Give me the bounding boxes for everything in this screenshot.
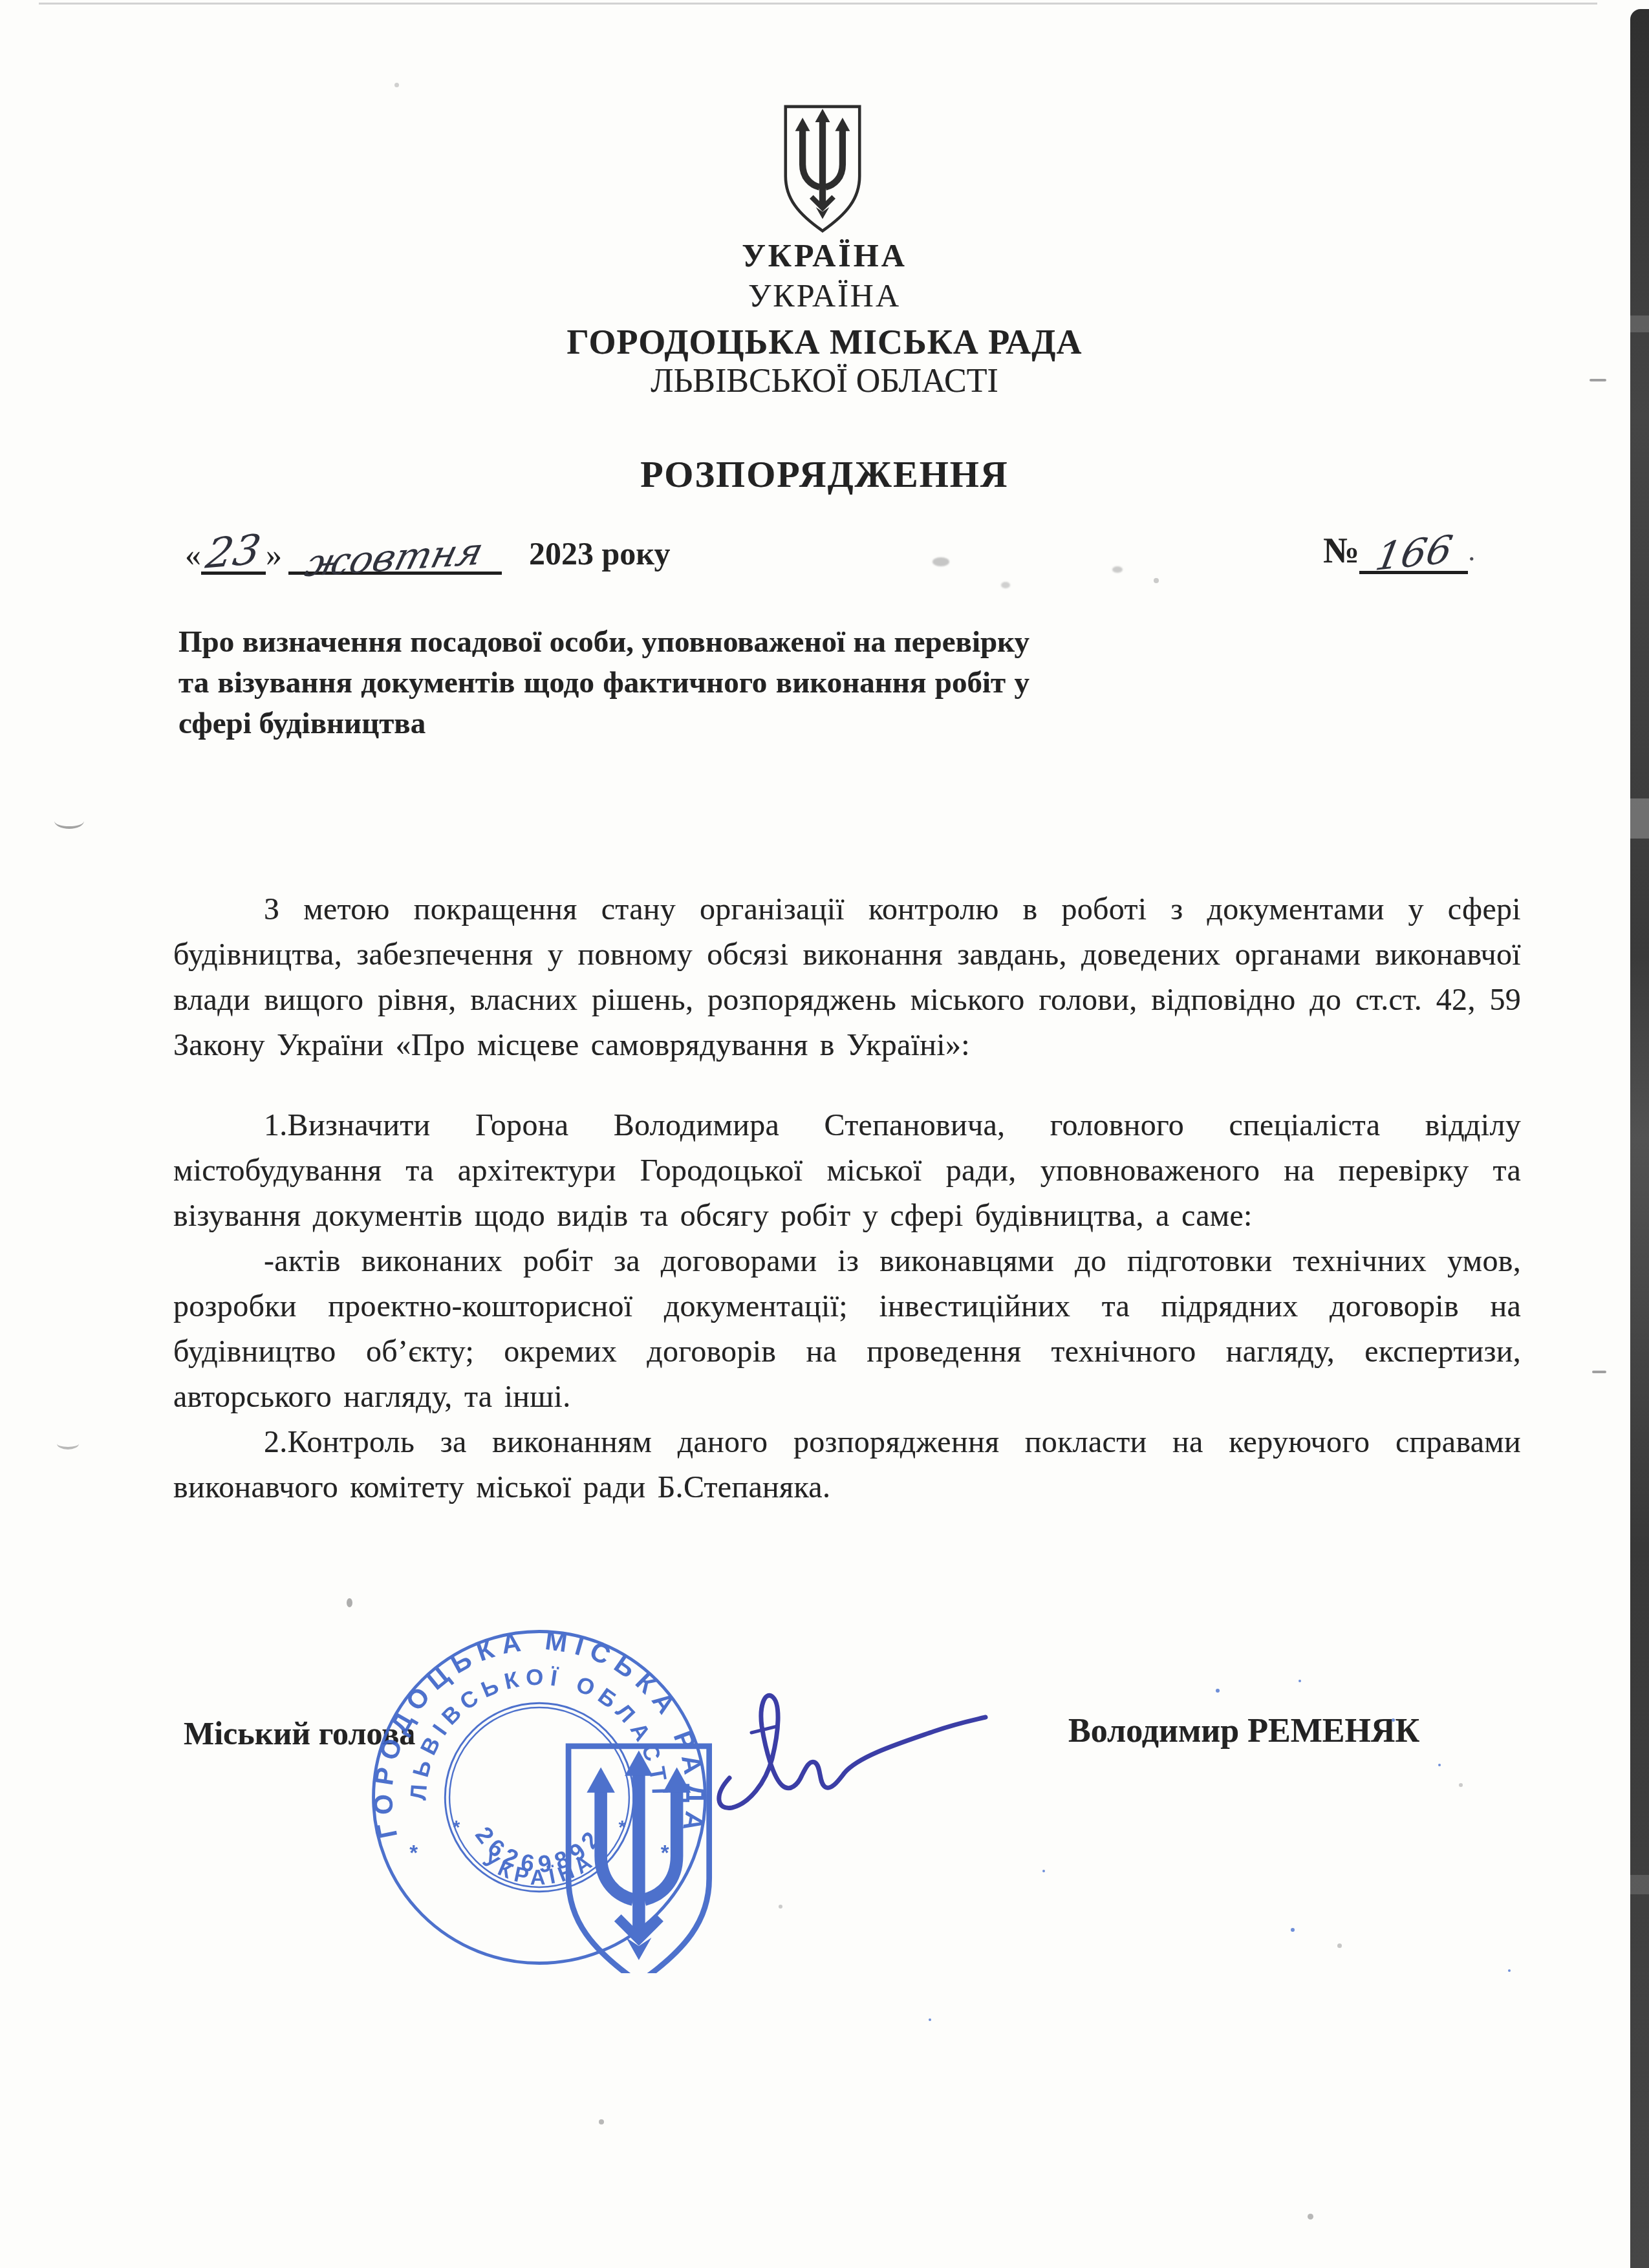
ink-speck <box>1299 1680 1301 1682</box>
ink-speck <box>1291 1928 1295 1932</box>
scan-speck <box>347 1598 352 1607</box>
region-name: ЛЬВІВСЬКОЇ ОБЛАСТІ <box>0 362 1649 400</box>
body-paragraph-preamble: З метою покращення стану організації кон… <box>173 887 1521 1068</box>
scan-mark <box>57 1438 79 1450</box>
scan-speck <box>1459 1783 1463 1787</box>
country-name: УКРАЇНА <box>0 277 1649 314</box>
body-paragraph-item-1: 1.Визначити Горона Володимира Степанович… <box>173 1103 1521 1239</box>
document-number-handwritten: 166 <box>1374 534 1455 573</box>
council-name: ГОРОДОЦЬКА МІСЬКА РАДА <box>0 322 1649 362</box>
date-day-field: 23 <box>201 534 266 575</box>
scan-mark <box>1592 1371 1606 1373</box>
signer-name: Володимир РЕМЕНЯК <box>1068 1712 1419 1750</box>
scanner-edge-streak <box>1630 798 1649 839</box>
body-paragraph-list: -актів виконаних робіт за договорами із … <box>173 1239 1521 1420</box>
number-sign-label: № <box>1323 530 1359 574</box>
ink-speck <box>1392 1718 1395 1722</box>
ink-speck <box>1438 1764 1441 1766</box>
scanner-top-edge <box>39 3 1597 5</box>
date-line: « 23 » жовтня 2023 року <box>185 534 670 575</box>
document-body: З метою покращення стану організації кон… <box>173 887 1521 1510</box>
ink-speck <box>1042 1870 1045 1872</box>
date-month-field: жовтня <box>288 539 502 574</box>
handwritten-signature <box>706 1681 1010 1830</box>
scan-speck <box>599 2119 604 2124</box>
ink-speck <box>1216 1689 1220 1693</box>
scan-speck <box>779 1905 782 1909</box>
document-number-period: . <box>1468 535 1475 574</box>
scan-speck <box>1308 2214 1313 2220</box>
document-number-field: 166 <box>1359 539 1468 574</box>
subject-paragraph: Про визначення посадової особи, уповнова… <box>178 622 1029 744</box>
stamp-ring-outer-text: ГОРОДОЦЬКА МІСЬКА РАДА <box>368 1625 710 1841</box>
date-month-handwritten: жовтня <box>303 536 486 580</box>
date-open-quote: « <box>185 539 201 575</box>
ink-speck <box>929 2018 931 2021</box>
scan-mark <box>1590 379 1606 381</box>
stamp-star-code-right-icon: * <box>619 1817 627 1838</box>
country-name-bold: УКРАЇНА <box>0 237 1649 274</box>
body-paragraph-item-2: 2.Контроль за виконанням даного розпоряд… <box>173 1420 1521 1510</box>
ink-speck <box>1508 1969 1511 1972</box>
scan-speck <box>394 83 399 87</box>
scan-speck <box>1001 582 1010 588</box>
scanner-edge-streak <box>1630 1875 1649 1894</box>
document-number-line: № 166 . <box>1323 530 1475 574</box>
scan-speck <box>1337 1943 1342 1948</box>
date-year-text: 2023 року <box>529 535 670 575</box>
document-type-title: РОЗПОРЯДЖЕННЯ <box>0 453 1649 496</box>
coat-of-arms-trident-icon <box>773 102 872 235</box>
scan-speck <box>1154 578 1159 583</box>
date-close-quote: » <box>266 539 282 575</box>
stamp-star-right-icon: * <box>661 1841 669 1865</box>
date-day-handwritten: 23 <box>204 532 263 573</box>
stamp-star-left-icon: * <box>409 1841 418 1865</box>
scan-speck <box>1112 566 1123 573</box>
scan-speck <box>932 557 949 566</box>
scan-mark <box>54 813 84 829</box>
official-round-stamp: ГОРОДОЦЬКА МІСЬКА РАДА ЛЬВІВСЬКОЇ ОБЛАСТ… <box>363 1621 715 1973</box>
stamp-star-code-left-icon: * <box>453 1817 460 1838</box>
scanned-document-page: УКРАЇНА УКРАЇНА ГОРОДОЦЬКА МІСЬКА РАДА Л… <box>0 0 1649 2268</box>
